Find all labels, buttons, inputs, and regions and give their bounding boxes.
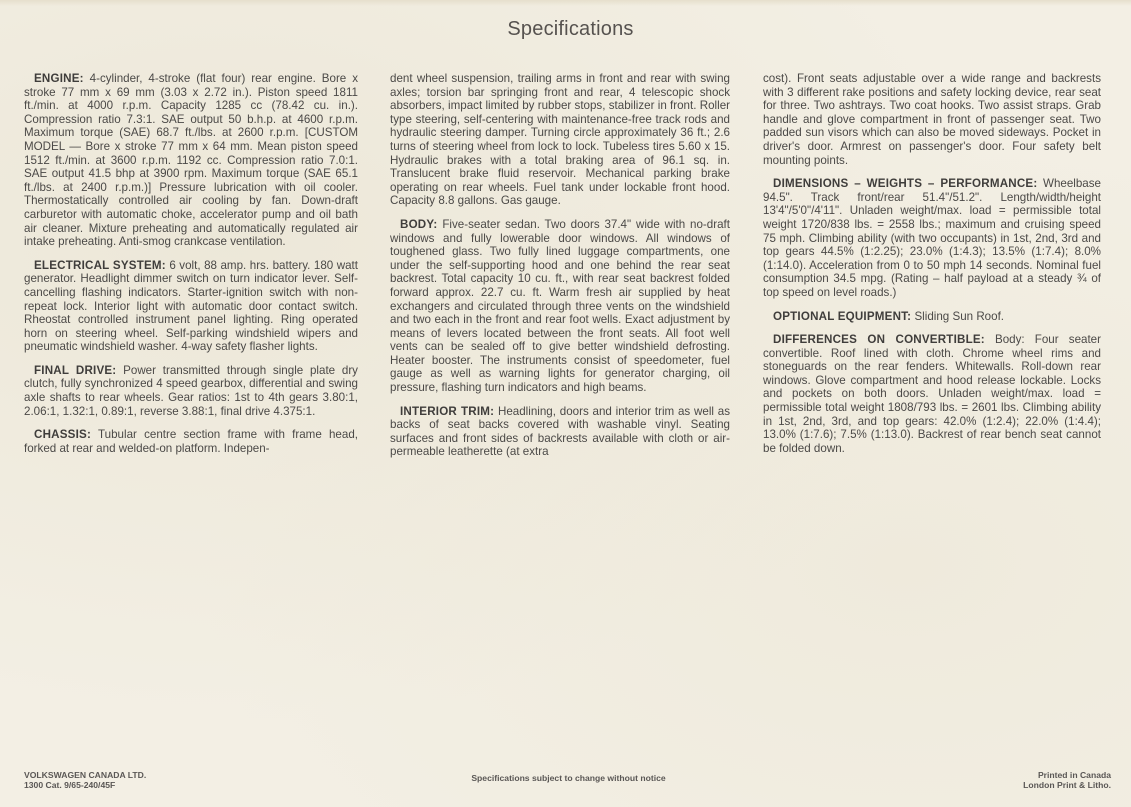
spec-body: BODY: Five-seater sedan. Two doors 37.4"… — [390, 218, 730, 395]
spec-optional-equipment: OPTIONAL EQUIPMENT: Sliding Sun Roof. — [763, 310, 1101, 324]
section-heading-dimensions: DIMENSIONS – WEIGHTS – PERFORMANCE: — [773, 177, 1037, 190]
section-heading-chassis: CHASSIS: — [34, 428, 91, 441]
section-text-dimensions: Wheelbase 94.5". Track front/rear 51.4"/… — [763, 177, 1101, 299]
chassis-continuation: dent wheel suspension, trailing arms in … — [390, 72, 730, 208]
spec-chassis: CHASSIS: Tubular centre section frame wi… — [24, 428, 358, 455]
spec-final-drive: FINAL DRIVE: Power transmitted through s… — [24, 364, 358, 418]
spec-column-3: cost). Front seats adjustable over a wid… — [763, 72, 1101, 465]
footer-notice: Specifications subject to change without… — [6, 773, 1131, 783]
spec-dimensions-weights-performance: DIMENSIONS – WEIGHTS – PERFORMANCE: Whee… — [763, 177, 1101, 299]
spec-electrical-system: ELECTRICAL SYSTEM: 6 volt, 88 amp. hrs. … — [24, 259, 358, 354]
section-text-engine: 4-cylinder, 4-stroke (flat four) rear en… — [24, 72, 358, 248]
section-heading-interior-trim: INTERIOR TRIM: — [400, 405, 494, 418]
interior-trim-continuation: cost). Front seats adjustable over a wid… — [763, 72, 1101, 167]
footer-printer-name: London Print & Litho. — [1023, 780, 1111, 790]
section-heading-electrical: ELECTRICAL SYSTEM: — [34, 259, 166, 272]
spec-differences-convertible: DIFFERENCES ON CONVERTIBLE: Body: Four s… — [763, 333, 1101, 455]
section-heading-engine: ENGINE: — [34, 72, 84, 85]
spec-interior-trim: INTERIOR TRIM: Headlining, doors and int… — [390, 405, 730, 459]
section-text-convertible: Body: Four seater convertible. Roof line… — [763, 333, 1101, 455]
spec-column-2: dent wheel suspension, trailing arms in … — [390, 72, 730, 469]
spec-engine: ENGINE: 4-cylinder, 4-stroke (flat four)… — [24, 72, 358, 249]
section-heading-body: BODY: — [400, 218, 438, 231]
section-text-body: Five-seater sedan. Two doors 37.4" wide … — [390, 218, 730, 394]
section-text-optional-equipment: Sliding Sun Roof. — [911, 310, 1004, 323]
footer-printer: Printed in Canada London Print & Litho. — [1023, 770, 1111, 790]
page-title: Specifications — [10, 18, 1131, 41]
spec-column-1: ENGINE: 4-cylinder, 4-stroke (flat four)… — [24, 72, 358, 465]
section-text-electrical: 6 volt, 88 amp. hrs. battery. 180 watt g… — [24, 259, 358, 354]
section-heading-final-drive: FINAL DRIVE: — [34, 364, 116, 377]
section-heading-optional-equipment: OPTIONAL EQUIPMENT: — [773, 310, 911, 323]
footer-printed-in: Printed in Canada — [1023, 770, 1111, 780]
section-heading-convertible: DIFFERENCES ON CONVERTIBLE: — [773, 333, 985, 346]
